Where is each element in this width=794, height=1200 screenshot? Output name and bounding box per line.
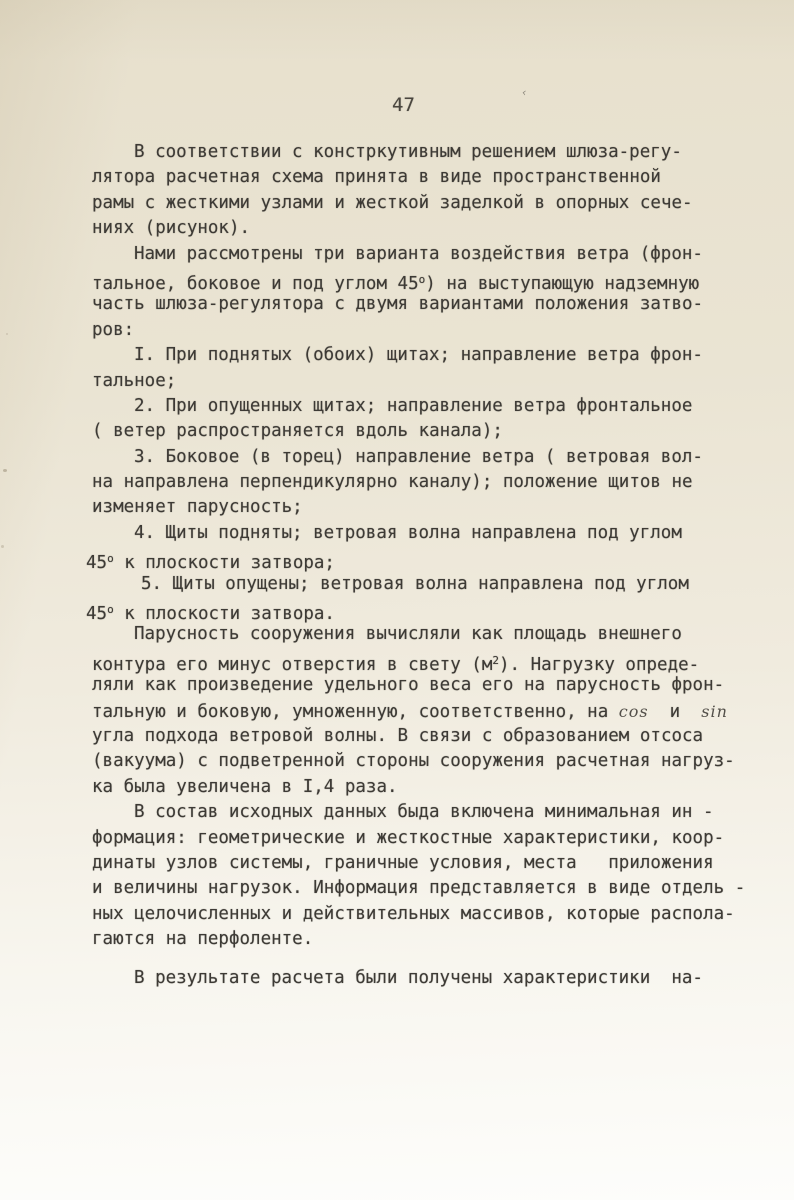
text-segment: тальную и боковую, умноженную, соответст… [92, 702, 619, 722]
text-segment: 3. Боковое (в торец) направление ветра (… [134, 447, 703, 467]
text-line: Нами рассмотрены три варианта воздействи… [92, 242, 752, 267]
scan-speck [3, 469, 7, 472]
text-segment: лятора расчетная схема принята в виде пр… [92, 167, 661, 187]
text-segment: 2. При опущенных щитах; направление ветр… [134, 396, 692, 416]
text-segment: В соответствии с констркутивным решением… [134, 142, 682, 162]
text-segment: и [649, 702, 702, 722]
page-number: 47 [392, 94, 415, 116]
text-segment: ) на выступающую надземную [425, 274, 699, 294]
text-segment: гаются на перфоленте. [92, 929, 313, 949]
text-segment: ляли как произведение удельного веса его… [92, 675, 724, 695]
superscript: о [107, 552, 114, 565]
text-line: тальное, боковое и под углом 45о) на выс… [92, 267, 752, 292]
text-segment: рамы с жесткими узлами и жесткой заделко… [92, 193, 693, 213]
text-block: В соответствии с констркутивным решением… [92, 140, 752, 991]
text-line: ляли как произведение удельного веса его… [92, 673, 752, 698]
text-line: лятора расчетная схема принята в виде пр… [92, 165, 752, 190]
text-line: и величины нагрузок. Информация представ… [92, 876, 752, 901]
text-line: на направлена перпендикулярно каналу); п… [92, 470, 752, 495]
scan-stray-mark: ‹ [520, 86, 528, 100]
text-segment: ниях (рисунок). [92, 218, 250, 238]
text-line: ка была увеличена в I,4 раза. [92, 775, 752, 800]
text-line: ниях (рисунок). [92, 216, 752, 241]
text-segment: к плоскости затвора. [114, 604, 335, 624]
text-line: гаются на перфоленте. [92, 927, 752, 952]
text-line: (вакуума) с подветренной стороны сооруже… [92, 749, 752, 774]
superscript: 2 [492, 654, 499, 667]
text-segment: ). Нагрузку опреде- [499, 655, 699, 675]
text-segment: тальное, боковое и под углом 45 [92, 274, 419, 294]
text-segment: угла подхода ветровой волны. В связи с о… [92, 726, 703, 746]
handwritten-term: cos [619, 702, 649, 721]
text-segment: формация: геометрические и жесткостные х… [92, 828, 724, 848]
text-line: В соответствии с констркутивным решением… [92, 140, 752, 165]
text-segment: на направлена перпендикулярно каналу); п… [92, 472, 693, 492]
text-line: ных целочисленных и действительных масси… [92, 902, 752, 927]
text-segment: ка была увеличена в I,4 раза. [92, 777, 398, 797]
text-line: контура его минус отверстия в свету (м2)… [92, 648, 752, 673]
text-segment: ров: [92, 320, 134, 340]
text-line: 45о к плоскости затвора. [86, 597, 752, 622]
text-line: угла подхода ветровой волны. В связи с о… [92, 724, 752, 749]
text-line: динаты узлов системы, граничные условия,… [92, 851, 752, 876]
text-segment: Нами рассмотрены три варианта воздействи… [134, 244, 703, 264]
text-segment: 45 [86, 553, 107, 573]
text-line: 3. Боковое (в торец) направление ветра (… [92, 445, 752, 470]
text-segment: часть шлюза-регулятора с двумя вариантам… [92, 294, 703, 314]
text-line: В состав исходных данных быда включена м… [92, 800, 752, 825]
text-line: формация: геометрические и жесткостные х… [92, 826, 752, 851]
text-segment: В состав исходных данных быда включена м… [134, 802, 713, 822]
text-line: тальную и боковую, умноженную, соответст… [92, 699, 752, 724]
scan-speck [1, 545, 4, 548]
text-line: 4. Щиты подняты; ветровая волна направле… [92, 521, 752, 546]
text-line: тальное; [92, 369, 752, 394]
text-line: 5. Щиты опущены; ветровая волна направле… [92, 572, 752, 597]
text-line: рамы с жесткими узлами и жесткой заделко… [92, 191, 752, 216]
text-segment: 45 [86, 604, 107, 624]
text-line: изменяет парусность; [92, 495, 752, 520]
text-line: 45о к плоскости затвора; [86, 546, 752, 571]
text-line: 2. При опущенных щитах; направление ветр… [92, 394, 752, 419]
text-segment: (вакуума) с подветренной стороны сооруже… [92, 751, 735, 771]
text-segment: Парусность сооружения вычисляли как площ… [134, 624, 682, 644]
text-segment: к плоскости затвора; [114, 553, 335, 573]
text-line: ( ветер распространяется вдоль канала); [92, 419, 752, 444]
text-line: I. При поднятых (обоих) щитах; направлен… [92, 343, 752, 368]
text-segment: контура его минус отверстия в свету (м [92, 655, 492, 675]
text-segment: В результате расчета были получены харак… [134, 968, 703, 988]
text-segment: 5. Щиты опущены; ветровая волна направле… [141, 574, 689, 594]
text-segment: ( ветер распространяется вдоль канала); [92, 421, 503, 441]
text-line: ров: [92, 318, 752, 343]
text-line: часть шлюза-регулятора с двумя вариантам… [92, 292, 752, 317]
text-segment: и величины нагрузок. Информация представ… [92, 878, 745, 898]
text-segment: I. При поднятых (обоих) щитах; направлен… [134, 345, 703, 365]
document-page: { "page": { "number": "47", "stray_mark"… [0, 0, 794, 1200]
handwritten-term: sin [701, 702, 728, 721]
text-line: Парусность сооружения вычисляли как площ… [92, 622, 752, 647]
text-segment: динаты узлов системы, граничные условия,… [92, 853, 714, 873]
text-segment: тальное; [92, 371, 176, 391]
text-segment: изменяет парусность; [92, 497, 303, 517]
text-segment: ных целочисленных и действительных масси… [92, 904, 735, 924]
text-line: В результате расчета были получены харак… [92, 966, 752, 991]
scan-speck [6, 333, 8, 335]
text-segment: 4. Щиты подняты; ветровая волна направле… [134, 523, 682, 543]
superscript: о [107, 603, 114, 616]
